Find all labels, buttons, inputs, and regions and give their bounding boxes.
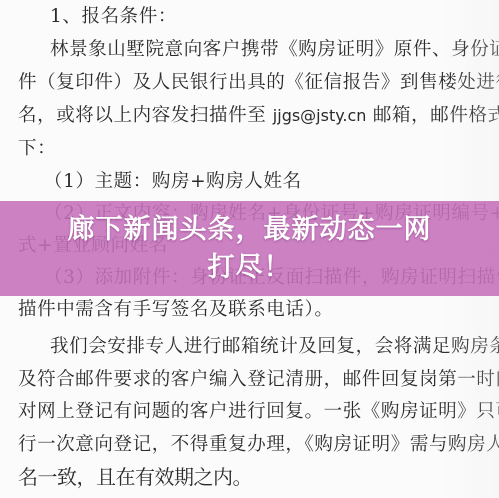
headline-line-1: 廊下新闻头条，最新动态一网 — [68, 211, 432, 249]
paragraph-line: 我们会安排专人进行邮箱统计及回复，会将满足购房条件 — [50, 335, 480, 359]
headline-line-2: 打尽！ — [208, 249, 292, 287]
email-address: jjgs@jsty.cn — [273, 106, 367, 125]
paragraph-text: 名，或将以上内容发扫描件至 — [18, 105, 273, 126]
list-item-subject: （1）主题：购房+购房人姓名 — [44, 170, 302, 194]
headline-title: 廊下新闻头条，最新动态一网 打尽！ — [0, 201, 499, 296]
paragraph-line-with-email: 名，或将以上内容发扫描件至 jjgs@jsty.cn 邮箱，邮件格式如 — [18, 104, 480, 128]
paragraph-line: 名一致，且在有效期之内。 — [18, 465, 252, 489]
paragraph-line: 及符合邮件要求的客户编入登记清册，邮件回复岗第一时间会 — [18, 368, 480, 392]
list-item-attachment-cont: 描件中需含有手写签名及联系电话）。 — [18, 298, 333, 322]
section-heading: 1、报名条件： — [50, 5, 480, 29]
paragraph-line: 行一次意向登记，不得重复办理，《购房证明》需与购房人姓 — [18, 433, 480, 457]
paragraph-line: 下： — [18, 137, 56, 161]
paragraph-text: 邮箱，邮件格式如 — [366, 105, 499, 126]
paragraph-line: 件（复印件）及人民银行出具的《征信报告》到售楼处进行报 — [18, 71, 480, 95]
paragraph-line: 林景象山墅院意向客户携带《购房证明》原件、身份证原 — [50, 38, 480, 62]
paragraph-line: 对网上登记有问题的客户进行回复。一张《购房证明》只可进 — [18, 400, 480, 424]
